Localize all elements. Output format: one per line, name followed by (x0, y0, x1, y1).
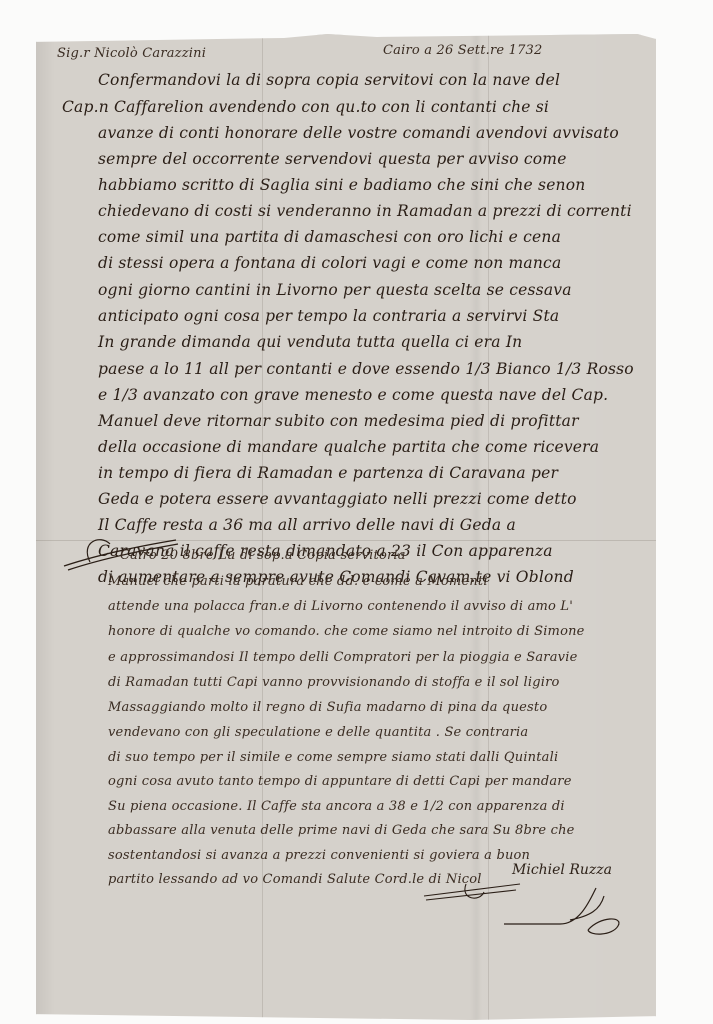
postscript-line: ogni cosa avuto tanto tempo di appuntare… (108, 774, 572, 789)
postscript-line: Su piena occasione. Il Caffe sta ancora … (108, 799, 565, 814)
postscript-header: Cairo 20 8bre Lu di sop.a Copia servitor… (120, 548, 406, 563)
body-line: ogni giorno cantini in Livorno per quest… (98, 281, 572, 299)
addressee: Sig.r Nicolò Carazzini (57, 46, 206, 61)
body-line: come simil una partita di damaschesi con… (98, 228, 561, 246)
body-line: In grande dimanda qui venduta tutta quel… (98, 333, 522, 351)
postscript-line: abbassare alla venuta delle prime navi d… (108, 823, 575, 838)
postscript-line: honore di qualche vo comando. che come s… (108, 624, 585, 639)
body-line: della occasione di mandare qualche parti… (98, 438, 599, 456)
body-line: Confermandovi la di sopra copia servitov… (98, 71, 560, 89)
postscript-line: e approssimandosi Il tempo delli Comprat… (108, 650, 577, 665)
body-line: chiedevano di costi si venderanno in Ram… (98, 202, 632, 220)
postscript-line: di Ramadan tutti Capi vanno provvisionan… (108, 675, 560, 690)
signature: Michiel Ruzza (512, 862, 612, 878)
body-line: Manuel deve ritornar subito con medesima… (98, 412, 579, 430)
postscript-line: sostentandosi si avanza a prezzi conveni… (108, 848, 530, 863)
body-line: di stessi opera a fontana di colori vagi… (98, 254, 561, 272)
signature-paraph-icon (500, 880, 630, 940)
postscript-line: vendevano con gli speculatione e delle q… (108, 725, 528, 740)
postscript-line: di suo tempo per il simile e come sempre… (108, 750, 558, 765)
body-line: sempre del occorrente servendovi questa … (98, 150, 567, 168)
body-line: in tempo di fiera di Ramadan e partenza … (98, 464, 558, 482)
postscript-line: Massaggiando molto il regno di Sufia mad… (108, 700, 547, 715)
body-line: avanze di conti honorare delle vostre co… (98, 124, 619, 142)
body-line: paese a lo 11 all per contanti e dove es… (98, 360, 634, 378)
body-line: anticipato ogni cosa per tempo la contra… (98, 307, 559, 325)
postscript-line: Manuel che parti la paratura che dd. e c… (108, 574, 488, 589)
body-line: Geda e potera essere avvantaggiato nelli… (98, 490, 577, 508)
body-line: Cap.n Caffarelion avendendo con qu.to co… (62, 98, 549, 116)
place-date: Cairo a 26 Sett.re 1732 (383, 43, 543, 58)
postscript-line: attende una polacca fran.e di Livorno co… (108, 599, 573, 614)
body-line: e 1/3 avanzato con grave menesto e come … (98, 386, 608, 404)
body-line: habbiamo scritto di Saglia sini e badiam… (98, 176, 585, 194)
